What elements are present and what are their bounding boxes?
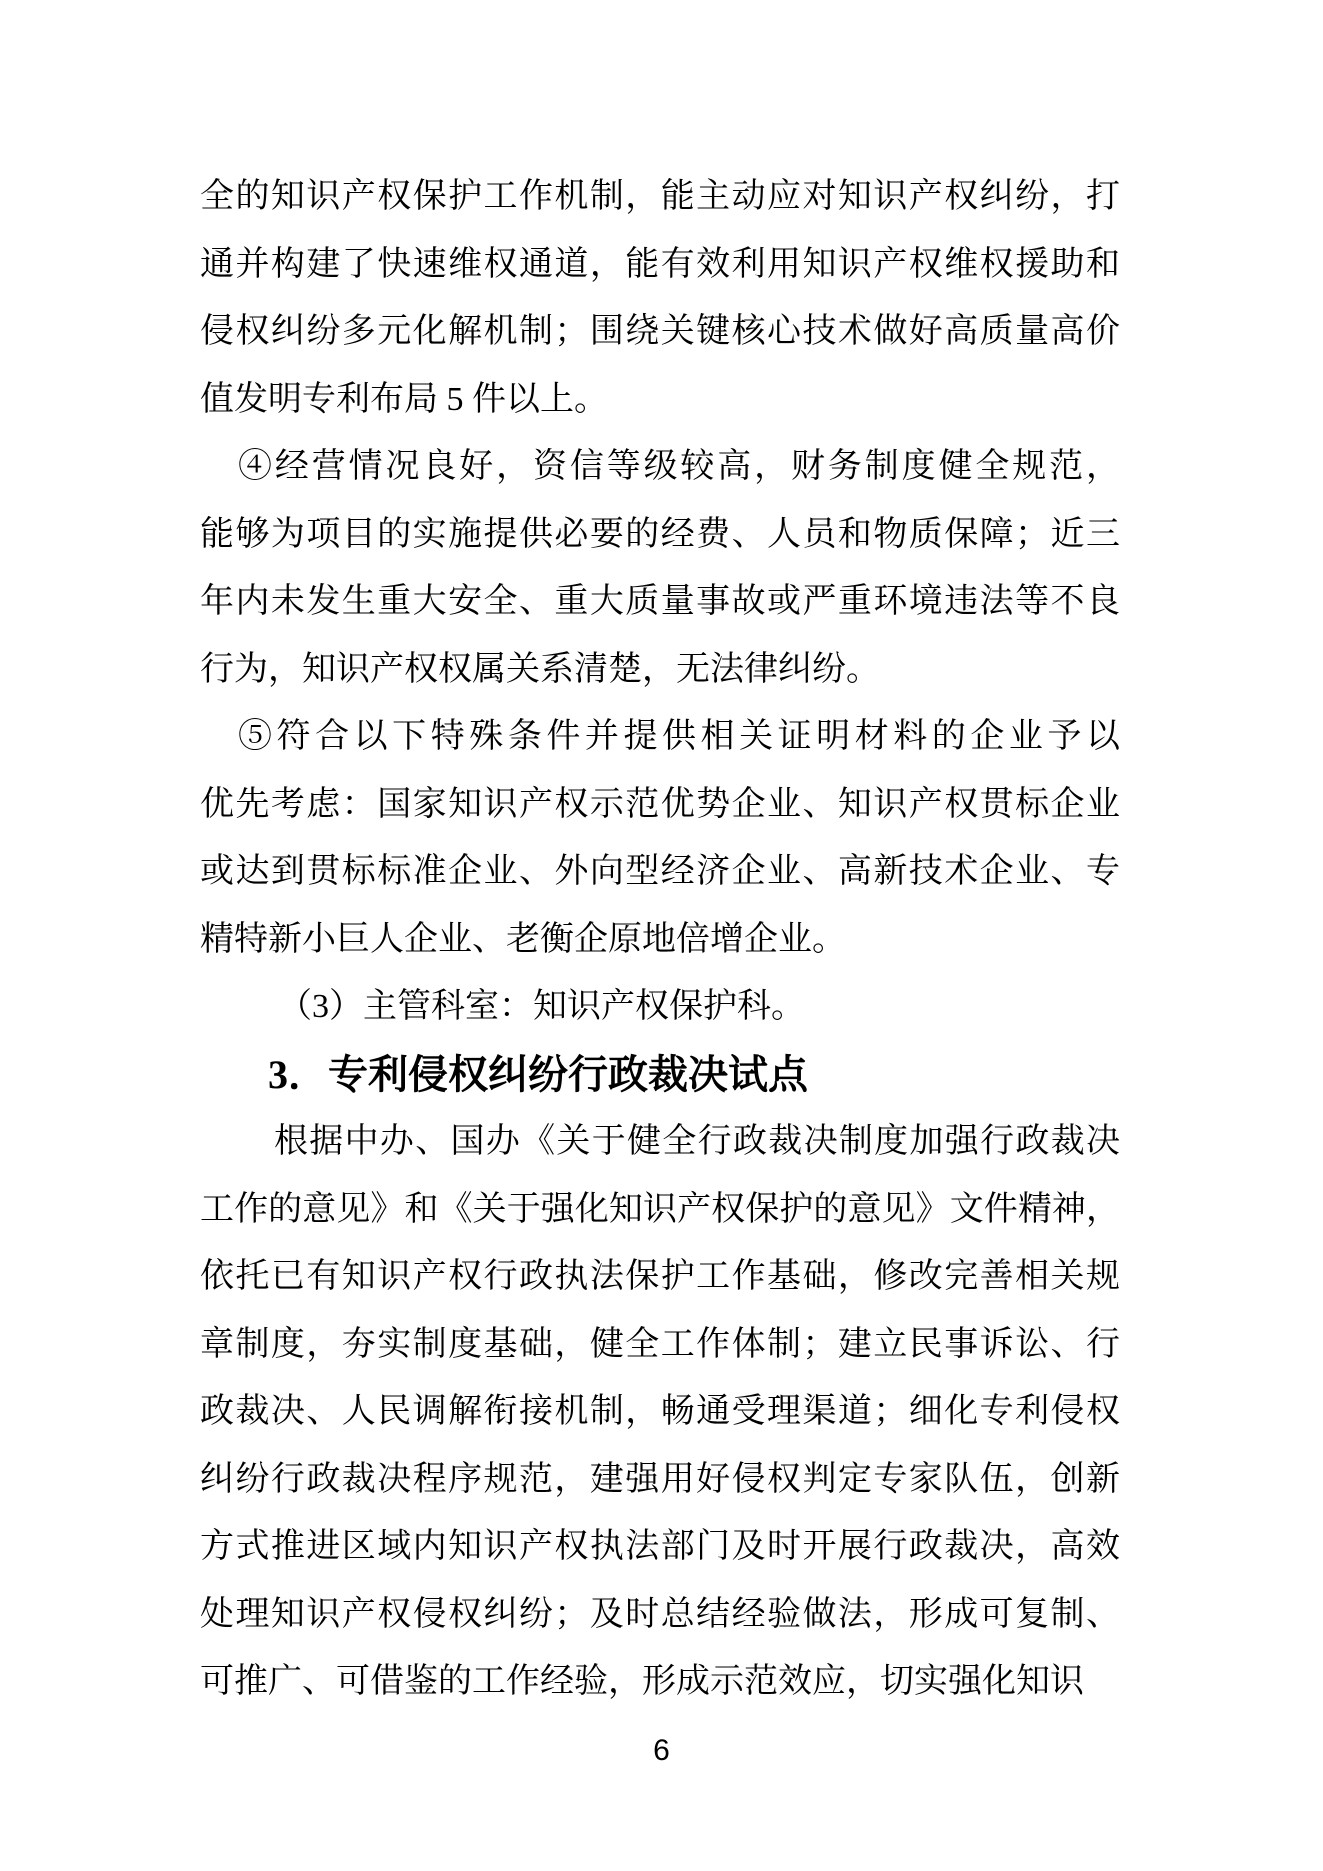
text-line: 纠纷行政裁决程序规范，建强用好侵权判定专家队伍，创新 xyxy=(200,1446,1120,1514)
paragraph: 全的知识产权保护工作机制，能主动应对知识产权纠纷，打通并构建了快速维权通道，能有… xyxy=(200,163,1120,433)
text-line: 工作的意见》和《关于强化知识产权保护的意见》文件精神， xyxy=(200,1176,1120,1244)
text-line: ⑤符合以下特殊条件并提供相关证明材料的企业予以 xyxy=(200,703,1120,771)
text-line: 根据中办、国办《关于健全行政裁决制度加强行政裁决 xyxy=(200,1108,1120,1176)
document-page: 全的知识产权保护工作机制，能主动应对知识产权纠纷，打通并构建了快速维权通道，能有… xyxy=(0,0,1323,1871)
text-line: 处理知识产权侵权纠纷；及时总结经验做法，形成可复制、 xyxy=(200,1581,1120,1649)
text-line: 3．专利侵权纠纷行政裁决试点 xyxy=(200,1041,1120,1109)
text-line: 全的知识产权保护工作机制，能主动应对知识产权纠纷，打 xyxy=(200,163,1120,231)
text-line: 优先考虑：国家知识产权示范优势企业、知识产权贯标企业 xyxy=(200,771,1120,839)
text-line: 侵权纠纷多元化解机制；围绕关键核心技术做好高质量高价 xyxy=(200,298,1120,366)
paragraph: ④经营情况良好，资信等级较高，财务制度健全规范，能够为项目的实施提供必要的经费、… xyxy=(200,433,1120,703)
text-line: ④经营情况良好，资信等级较高，财务制度健全规范， xyxy=(200,433,1120,501)
paragraph: ⑤符合以下特殊条件并提供相关证明材料的企业予以优先考虑：国家知识产权示范优势企业… xyxy=(200,703,1120,973)
text-line: 章制度，夯实制度基础，健全工作体制；建立民事诉讼、行 xyxy=(200,1311,1120,1379)
text-line: 能够为项目的实施提供必要的经费、人员和物质保障；近三 xyxy=(200,501,1120,569)
document-text: 全的知识产权保护工作机制，能主动应对知识产权纠纷，打通并构建了快速维权通道，能有… xyxy=(200,163,1120,1716)
text-line: 政裁决、人民调解衔接机制，畅通受理渠道；细化专利侵权 xyxy=(200,1378,1120,1446)
text-line: 值发明专利布局 5 件以上。 xyxy=(200,366,1120,434)
text-line: 方式推进区域内知识产权执法部门及时开展行政裁决，高效 xyxy=(200,1513,1120,1581)
text-line: 或达到贯标标准企业、外向型经济企业、高新技术企业、专 xyxy=(200,838,1120,906)
page-number: 6 xyxy=(653,1734,670,1767)
text-line: 依托已有知识产权行政执法保护工作基础，修改完善相关规 xyxy=(200,1243,1120,1311)
text-line: （3）主管科室：知识产权保护科。 xyxy=(200,973,1120,1041)
text-line: 可推广、可借鉴的工作经验，形成示范效应，切实强化知识 xyxy=(200,1648,1120,1716)
text-line: 年内未发生重大安全、重大质量事故或严重环境违法等不良 xyxy=(200,568,1120,636)
text-line: 精特新小巨人企业、老衡企原地倍增企业。 xyxy=(200,906,1120,974)
paragraph: （3）主管科室：知识产权保护科。 xyxy=(200,973,1120,1041)
paragraph: 根据中办、国办《关于健全行政裁决制度加强行政裁决工作的意见》和《关于强化知识产权… xyxy=(200,1108,1120,1716)
section-heading: 3．专利侵权纠纷行政裁决试点 xyxy=(200,1041,1120,1109)
page-footer: 6 xyxy=(0,1736,1323,1766)
text-line: 行为，知识产权权属关系清楚，无法律纠纷。 xyxy=(200,636,1120,704)
text-line: 通并构建了快速维权通道，能有效利用知识产权维权援助和 xyxy=(200,231,1120,299)
